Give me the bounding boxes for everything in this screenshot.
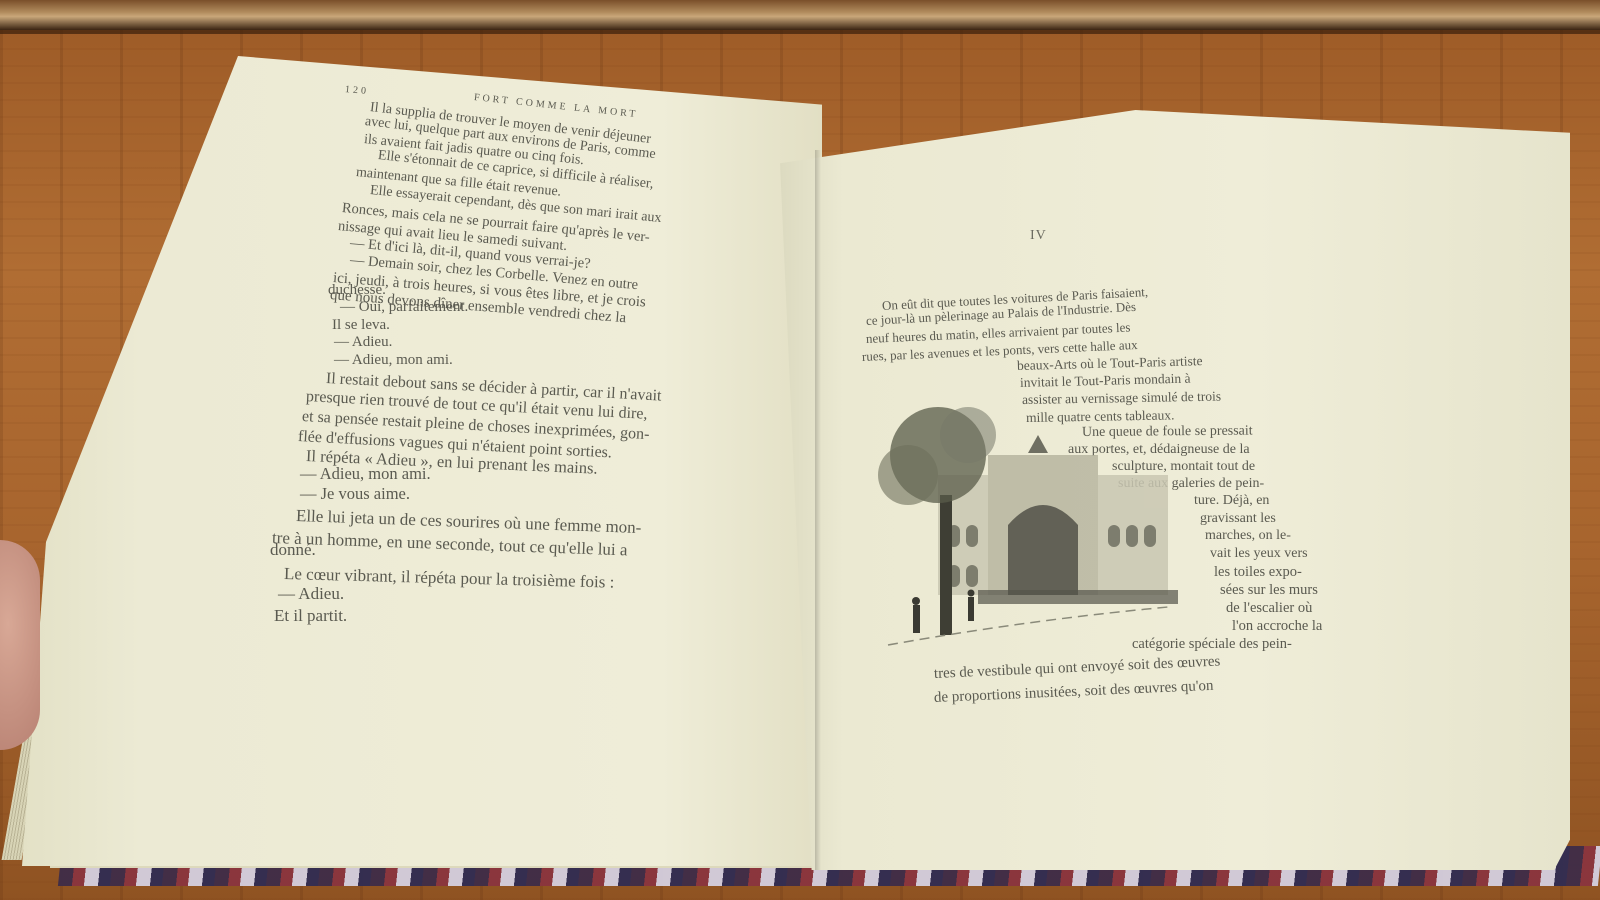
table-seam [0, 30, 1600, 34]
text-line: — Oui, parfaitement. [340, 299, 468, 316]
text-line: Et il partit. [274, 606, 347, 626]
text-line: sées sur les murs [1220, 582, 1318, 599]
text-line: l'on accroche la [1232, 618, 1322, 635]
text-line: duchesse. [328, 282, 386, 299]
text-line: les toiles expo- [1214, 564, 1302, 581]
text-line: — Adieu, mon ami. [334, 352, 453, 369]
text-line: donné. [270, 540, 316, 560]
palais-de-l-industrie-illustration [868, 375, 1188, 655]
shelf-edge [0, 0, 1600, 30]
text-line: de l'escalier où [1226, 600, 1312, 617]
text-line: marches, on le- [1205, 528, 1291, 544]
page-number: 120 [345, 84, 370, 97]
text-line: gravissant les [1200, 511, 1276, 527]
thumb-holding-page [0, 540, 40, 750]
text-line: — Adieu, mon ami. [300, 464, 431, 484]
book-gutter [815, 150, 821, 870]
text-line: — Adieu. [334, 334, 392, 351]
chapter-heading: IV [1030, 228, 1047, 244]
text-line: — Je vous aime. [300, 484, 410, 504]
text-line: ture. Déjà, en [1194, 493, 1269, 509]
text-line: — Adieu. [278, 584, 344, 604]
text-line: vait les yeux vers [1210, 546, 1308, 562]
text-line: Il se leva. [332, 317, 390, 334]
